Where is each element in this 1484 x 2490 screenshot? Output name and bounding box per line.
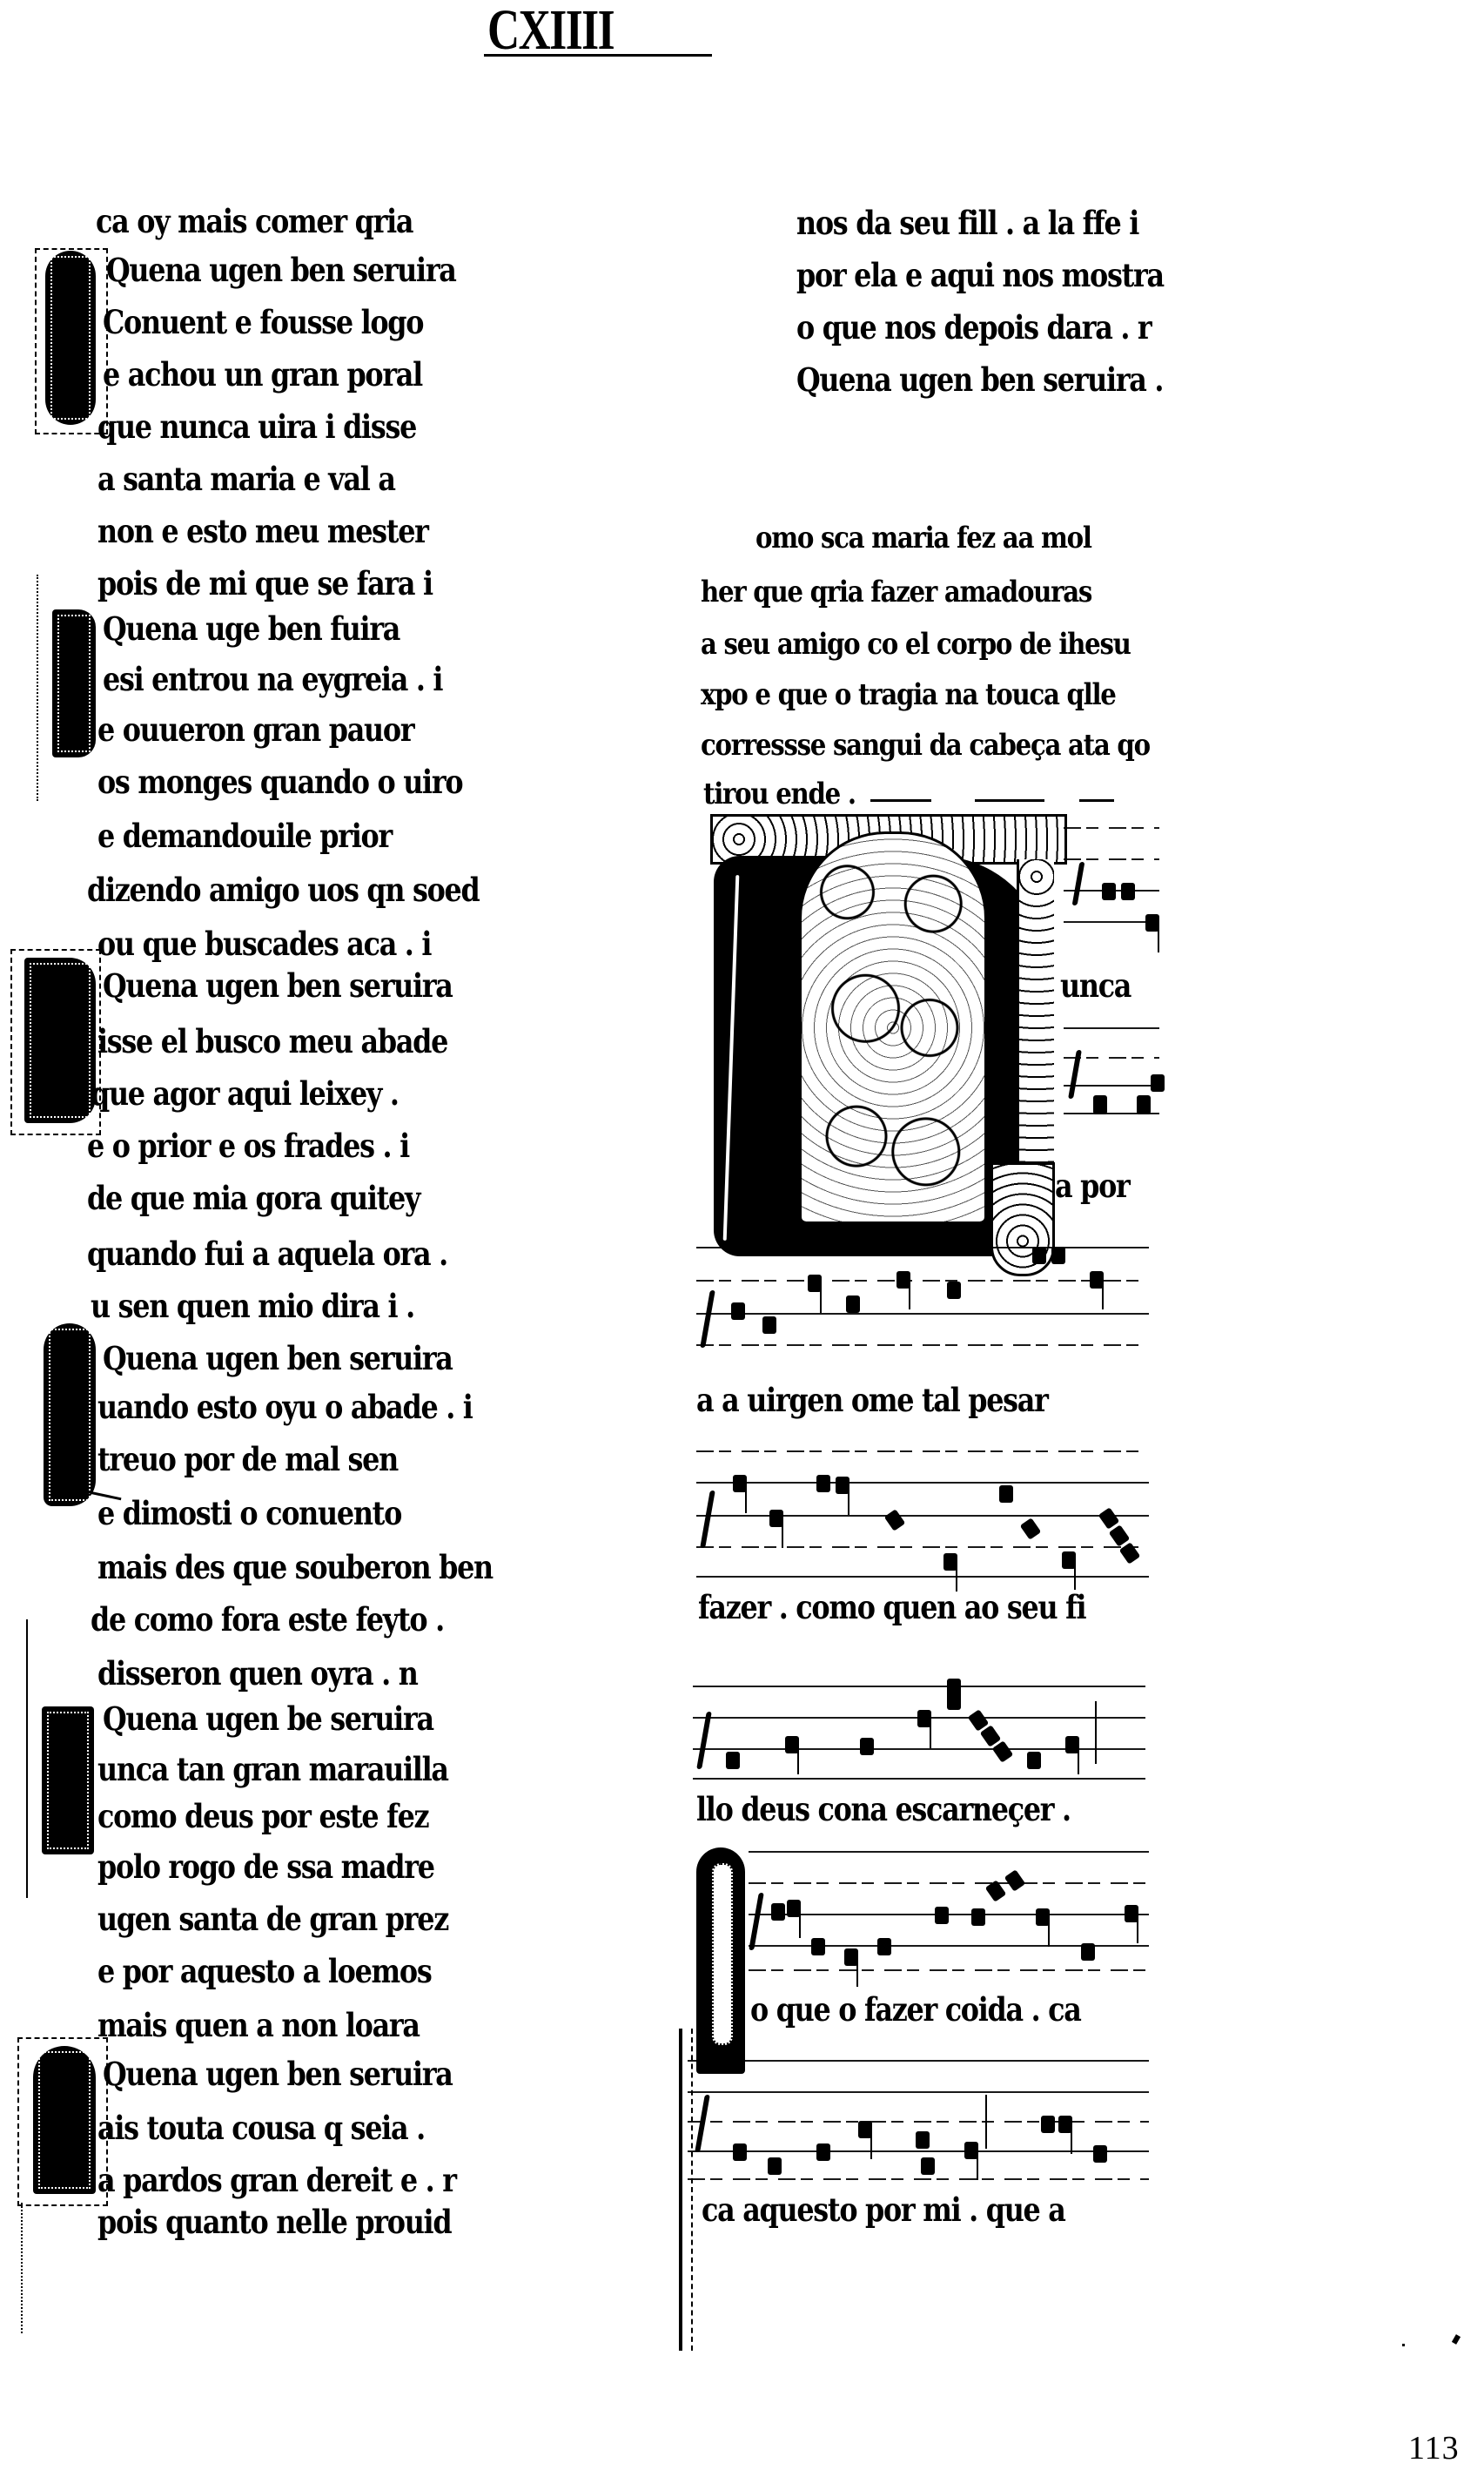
rubric-line: xpo e que o tragia na touca qlle [701, 677, 1116, 712]
text-line: por ela e aqui nos mostra [796, 258, 1164, 293]
note [762, 1316, 776, 1334]
note [1041, 2116, 1055, 2133]
note [884, 1509, 906, 1531]
note [992, 1740, 1014, 1763]
note [731, 1302, 745, 1320]
note [836, 1477, 849, 1494]
music-staff [749, 1851, 1149, 1973]
clef-icon [696, 1712, 712, 1769]
interlace-ornament [799, 831, 987, 1224]
note [1027, 1752, 1041, 1769]
note [1093, 2145, 1107, 2163]
rubric-line: a seu amigo co el corpo de ihesu [701, 627, 1131, 662]
note [1081, 1943, 1095, 1961]
note [935, 1907, 949, 1924]
note [816, 2143, 830, 2161]
clef-icon [749, 1893, 764, 1950]
note [785, 1736, 799, 1753]
clef-icon [1072, 862, 1085, 905]
note [1151, 1074, 1165, 1092]
note [771, 1903, 785, 1921]
note [769, 1510, 783, 1527]
note [1137, 1095, 1151, 1114]
music-staff [1064, 1027, 1159, 1158]
music-staff [696, 1450, 1149, 1572]
line-filler [1079, 799, 1114, 802]
clef-icon [700, 1290, 715, 1348]
note [860, 1738, 874, 1755]
note [733, 2143, 747, 2161]
note [1058, 2116, 1072, 2133]
text-line: o que nos depois dara . r [796, 310, 1151, 345]
note [858, 2121, 872, 2138]
note [1090, 1271, 1104, 1289]
note [947, 1282, 961, 1299]
note [877, 1938, 891, 1955]
page-number: 113 [1408, 2429, 1460, 2467]
note [1102, 883, 1116, 900]
note [1065, 1736, 1079, 1753]
clef-icon [695, 2095, 710, 2152]
note [1051, 1247, 1065, 1264]
note [917, 1710, 931, 1727]
note [846, 1295, 860, 1313]
lyric-line: fazer . como quen ao seu fi [698, 1590, 1085, 1625]
note [1125, 1905, 1138, 1922]
note [787, 1900, 801, 1917]
rubric-line: corressse sangui da cabeça ata qo [701, 728, 1150, 763]
ink-speck [1402, 2344, 1405, 2346]
bar-line [985, 2095, 987, 2149]
line-filler [975, 799, 1044, 802]
lyric-line: o que o fazer coida . ca [750, 1992, 1081, 2027]
note [1032, 1247, 1046, 1264]
note [733, 1475, 747, 1492]
lyric-line: llo deus cona escarneçer . [696, 1792, 1071, 1827]
music-staff [1064, 827, 1159, 958]
music-staff [688, 2060, 1149, 2191]
note [768, 2157, 782, 2175]
lyric-line: unca [1060, 968, 1131, 1003]
note [999, 1485, 1013, 1503]
text-line: nos da seu fill . a la ffe i [796, 205, 1138, 240]
music-staff [693, 1686, 1145, 1781]
lyric-line: a a uirgen ome tal pesar [696, 1383, 1048, 1417]
note [1004, 1869, 1026, 1892]
right-column: nos da seu fill . a la ffe i por ela e a… [0, 0, 1484, 2490]
illuminated-initial-n: N [703, 814, 1062, 1271]
lyric-line: a por [1055, 1168, 1129, 1203]
note [971, 1908, 985, 1926]
note [811, 1938, 825, 1955]
note [1062, 1551, 1076, 1569]
decorated-initial-e: E [696, 1847, 745, 2074]
bar-line [1095, 1701, 1097, 1764]
rubric-line: her que qria fazer amadouras [701, 575, 1091, 609]
line-filler [870, 799, 931, 802]
vine-ornament [1017, 859, 1054, 1164]
note [921, 2157, 935, 2175]
note [816, 1475, 830, 1492]
text-line: Quena ugen ben seruira . [796, 362, 1163, 397]
note [844, 1948, 858, 1966]
note [896, 1271, 910, 1289]
note [1145, 914, 1159, 932]
note [1093, 1095, 1107, 1114]
music-staff [696, 1247, 1149, 1360]
note [916, 2131, 930, 2149]
lyric-line: ca aquesto por mi . que a [702, 2192, 1065, 2227]
rubric-line: omo sca maria fez aa mol [755, 521, 1091, 555]
note [943, 1553, 957, 1571]
rubric-line: tirou ende . [703, 777, 856, 811]
note [1036, 1908, 1050, 1926]
note [947, 1679, 961, 1710]
note [726, 1752, 740, 1769]
note [1020, 1518, 1042, 1540]
note [964, 2142, 978, 2159]
note [1121, 883, 1135, 900]
note [808, 1275, 822, 1292]
clef-icon [700, 1491, 715, 1548]
